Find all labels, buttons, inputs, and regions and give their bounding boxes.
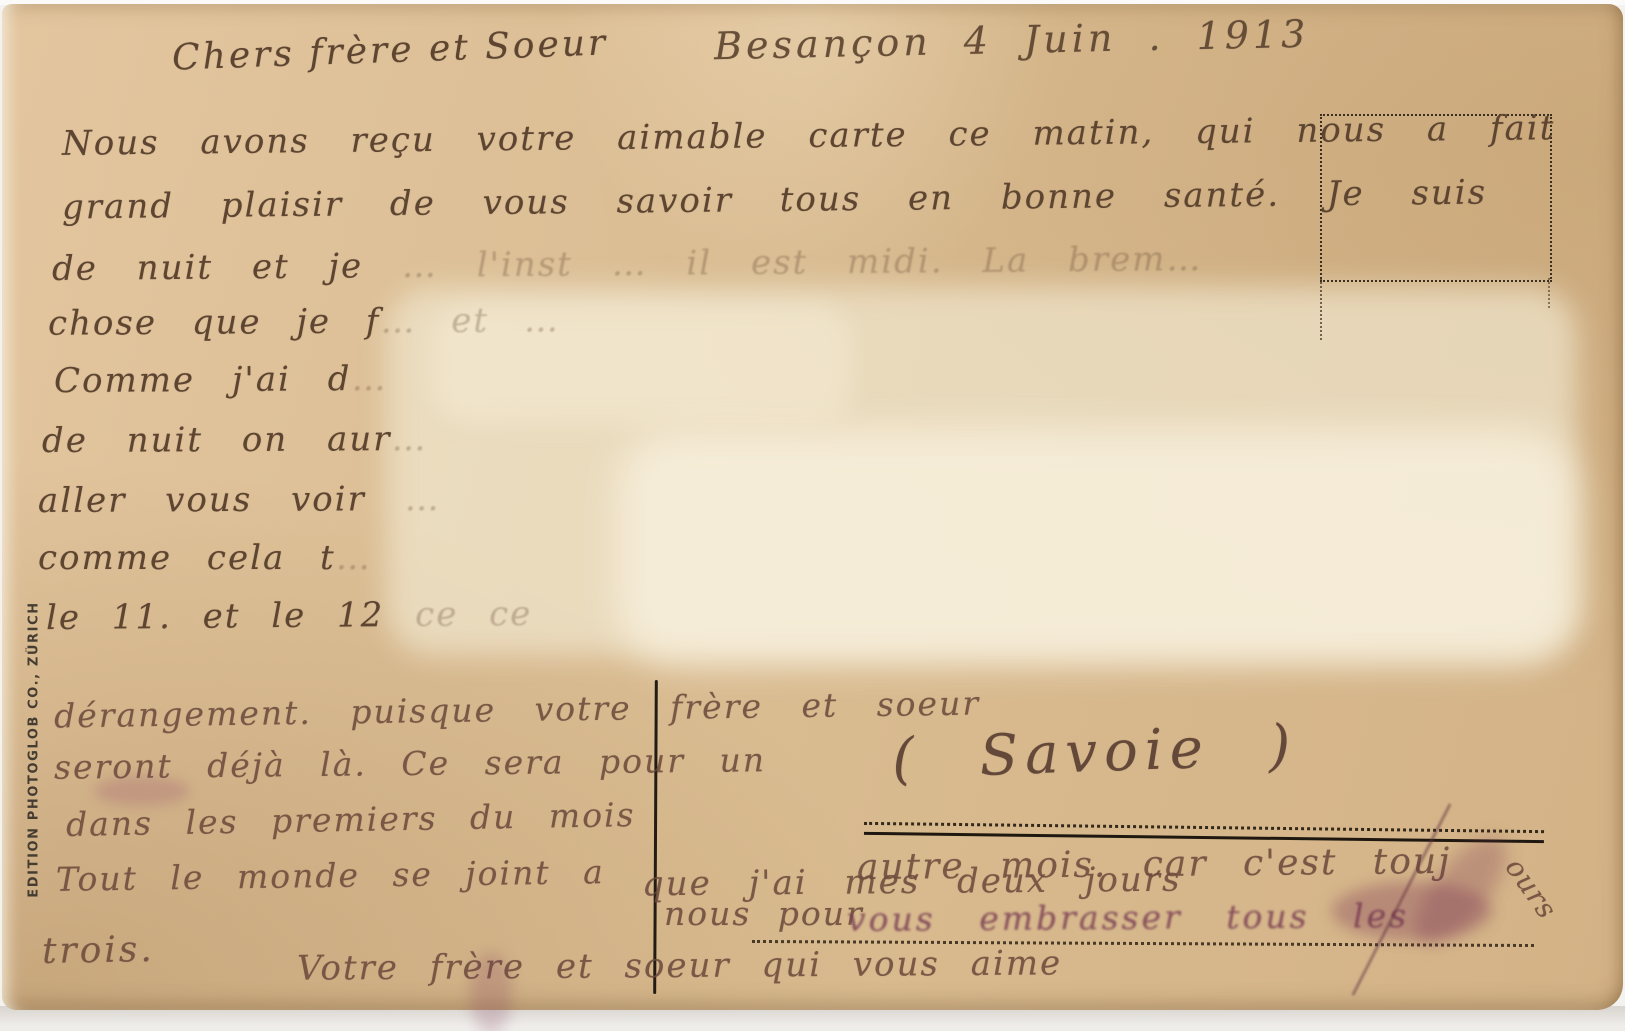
handwriting-line: chose que je f… et … (48, 300, 560, 344)
publisher-imprint: EDITION PHOTOGLOB CO., ZÜRICH (14, 592, 54, 906)
handwriting-line: grand plaisir de vous savoir tous en bon… (62, 173, 1487, 228)
handwriting-line: de nuit on aur… (42, 419, 428, 461)
handwriting-line: aller vous voir … (38, 479, 441, 521)
handwriting-line: Comme j'ai d… (54, 359, 388, 401)
date-line: Besançon 4 Juin . 1913 (714, 12, 1310, 68)
scan-background: EDITION PHOTOGLOB CO., ZÜRICH Chers frèr… (0, 0, 1625, 1031)
signature-line: Votre frère et soeur qui vous aime (297, 943, 1062, 988)
greeting-line: Chers frère et Soeur (171, 22, 608, 78)
handwriting-line: ours (1499, 852, 1564, 926)
signature-word: ( Savoie ) (891, 713, 1298, 792)
handwriting-line: seront déjà là. Ce sera pour un (54, 740, 766, 786)
postcard: EDITION PHOTOGLOB CO., ZÜRICH Chers frèr… (2, 4, 1623, 1010)
address-rule-line (864, 822, 1544, 843)
faded-area (617, 429, 1577, 664)
handwriting-line: autre mois. car c'est touj (857, 841, 1452, 888)
handwriting-line: trois. (42, 929, 155, 972)
handwriting-line: nous pour (664, 894, 864, 933)
stamp-box-edge (1548, 278, 1550, 308)
faded-area (387, 287, 1577, 655)
handwriting-line: dérangement. puisque votre frère et soeu… (54, 684, 981, 736)
handwriting-line: de nuit et je … l'inst … il est midi. La… (52, 239, 1203, 289)
handwriting-line: comme cela t… (38, 538, 372, 578)
handwriting-line: dans les premiers du mois (66, 795, 636, 844)
handwriting-line: vous embrasser tous les (847, 896, 1409, 939)
handwriting-line: le 11. et le 12 ce ce (46, 594, 533, 638)
publisher-imprint-text: EDITION PHOTOGLOB CO., ZÜRICH (27, 601, 42, 897)
handwriting-line: Tout le monde se joint a (56, 852, 605, 899)
stamp-box-edge (1320, 278, 1322, 340)
